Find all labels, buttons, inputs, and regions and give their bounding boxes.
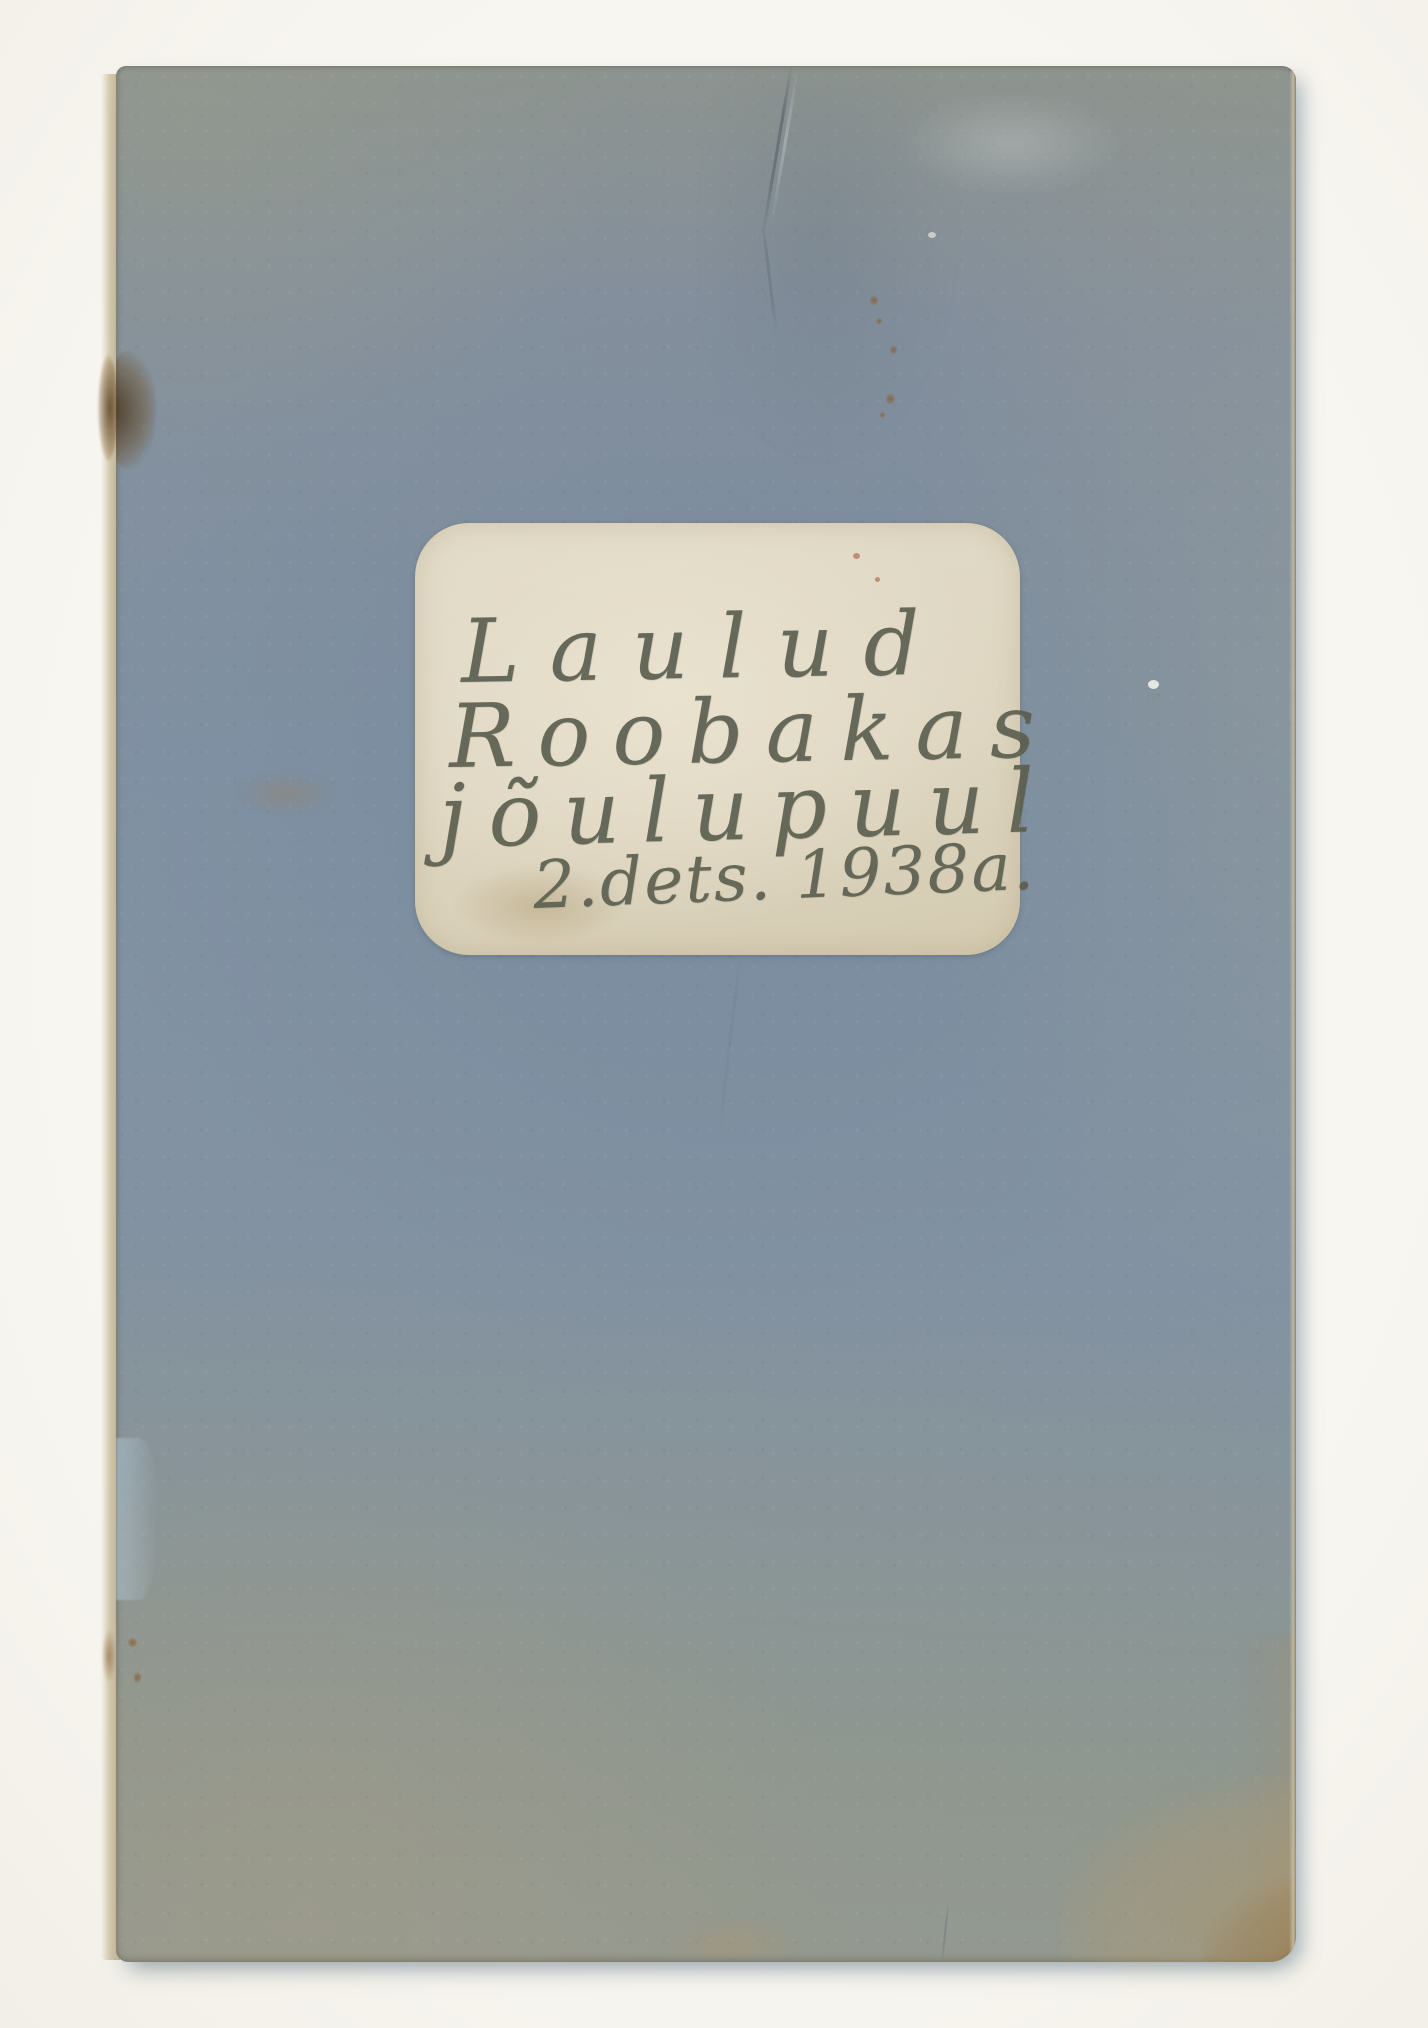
- crease-shadow-area: [714, 82, 954, 462]
- rust-speck: [128, 1638, 137, 1647]
- rust-speck: [134, 1672, 141, 1683]
- red-speck: [875, 577, 880, 582]
- stain-left-edge: [116, 350, 156, 470]
- scan-background: Laulud Roobakas jõulupuul 2.dets. 1938a.: [0, 0, 1428, 2028]
- crease-bottom: [941, 1902, 950, 1962]
- worn-patch-left: [116, 1438, 158, 1600]
- sheen-top-right: [896, 92, 1126, 196]
- rust-speck: [876, 318, 882, 324]
- paper-fleck: [928, 232, 936, 238]
- handwritten-title-line-4: 2.dets. 1938a.: [532, 834, 1037, 919]
- stain-bottom-right: [1060, 1776, 1296, 1962]
- stain-right-edge-band: [1242, 1636, 1296, 1962]
- rust-speck: [886, 394, 895, 404]
- crease-top: [762, 66, 793, 233]
- notebook-cover: Laulud Roobakas jõulupuul 2.dets. 1938a.: [116, 66, 1296, 1962]
- crease-below-label: [717, 948, 742, 1143]
- paper-fleck: [1148, 680, 1159, 689]
- stain-bottom-right-corner: [1202, 1878, 1296, 1962]
- stain-left-edge-outer: [98, 356, 118, 460]
- rust-speck: [870, 296, 878, 305]
- stain-bottom-center: [668, 1916, 798, 1956]
- page-edges-right: [1289, 71, 1296, 1957]
- red-speck: [853, 553, 860, 559]
- crease-top-lower: [761, 220, 778, 336]
- rust-speck: [880, 412, 885, 418]
- stain-left-edge-lower-outer: [102, 1630, 116, 1682]
- title-label: Laulud Roobakas jõulupuul 2.dets. 1938a.: [415, 523, 1020, 955]
- stain-mid-left: [236, 771, 336, 815]
- rust-speck: [890, 346, 897, 354]
